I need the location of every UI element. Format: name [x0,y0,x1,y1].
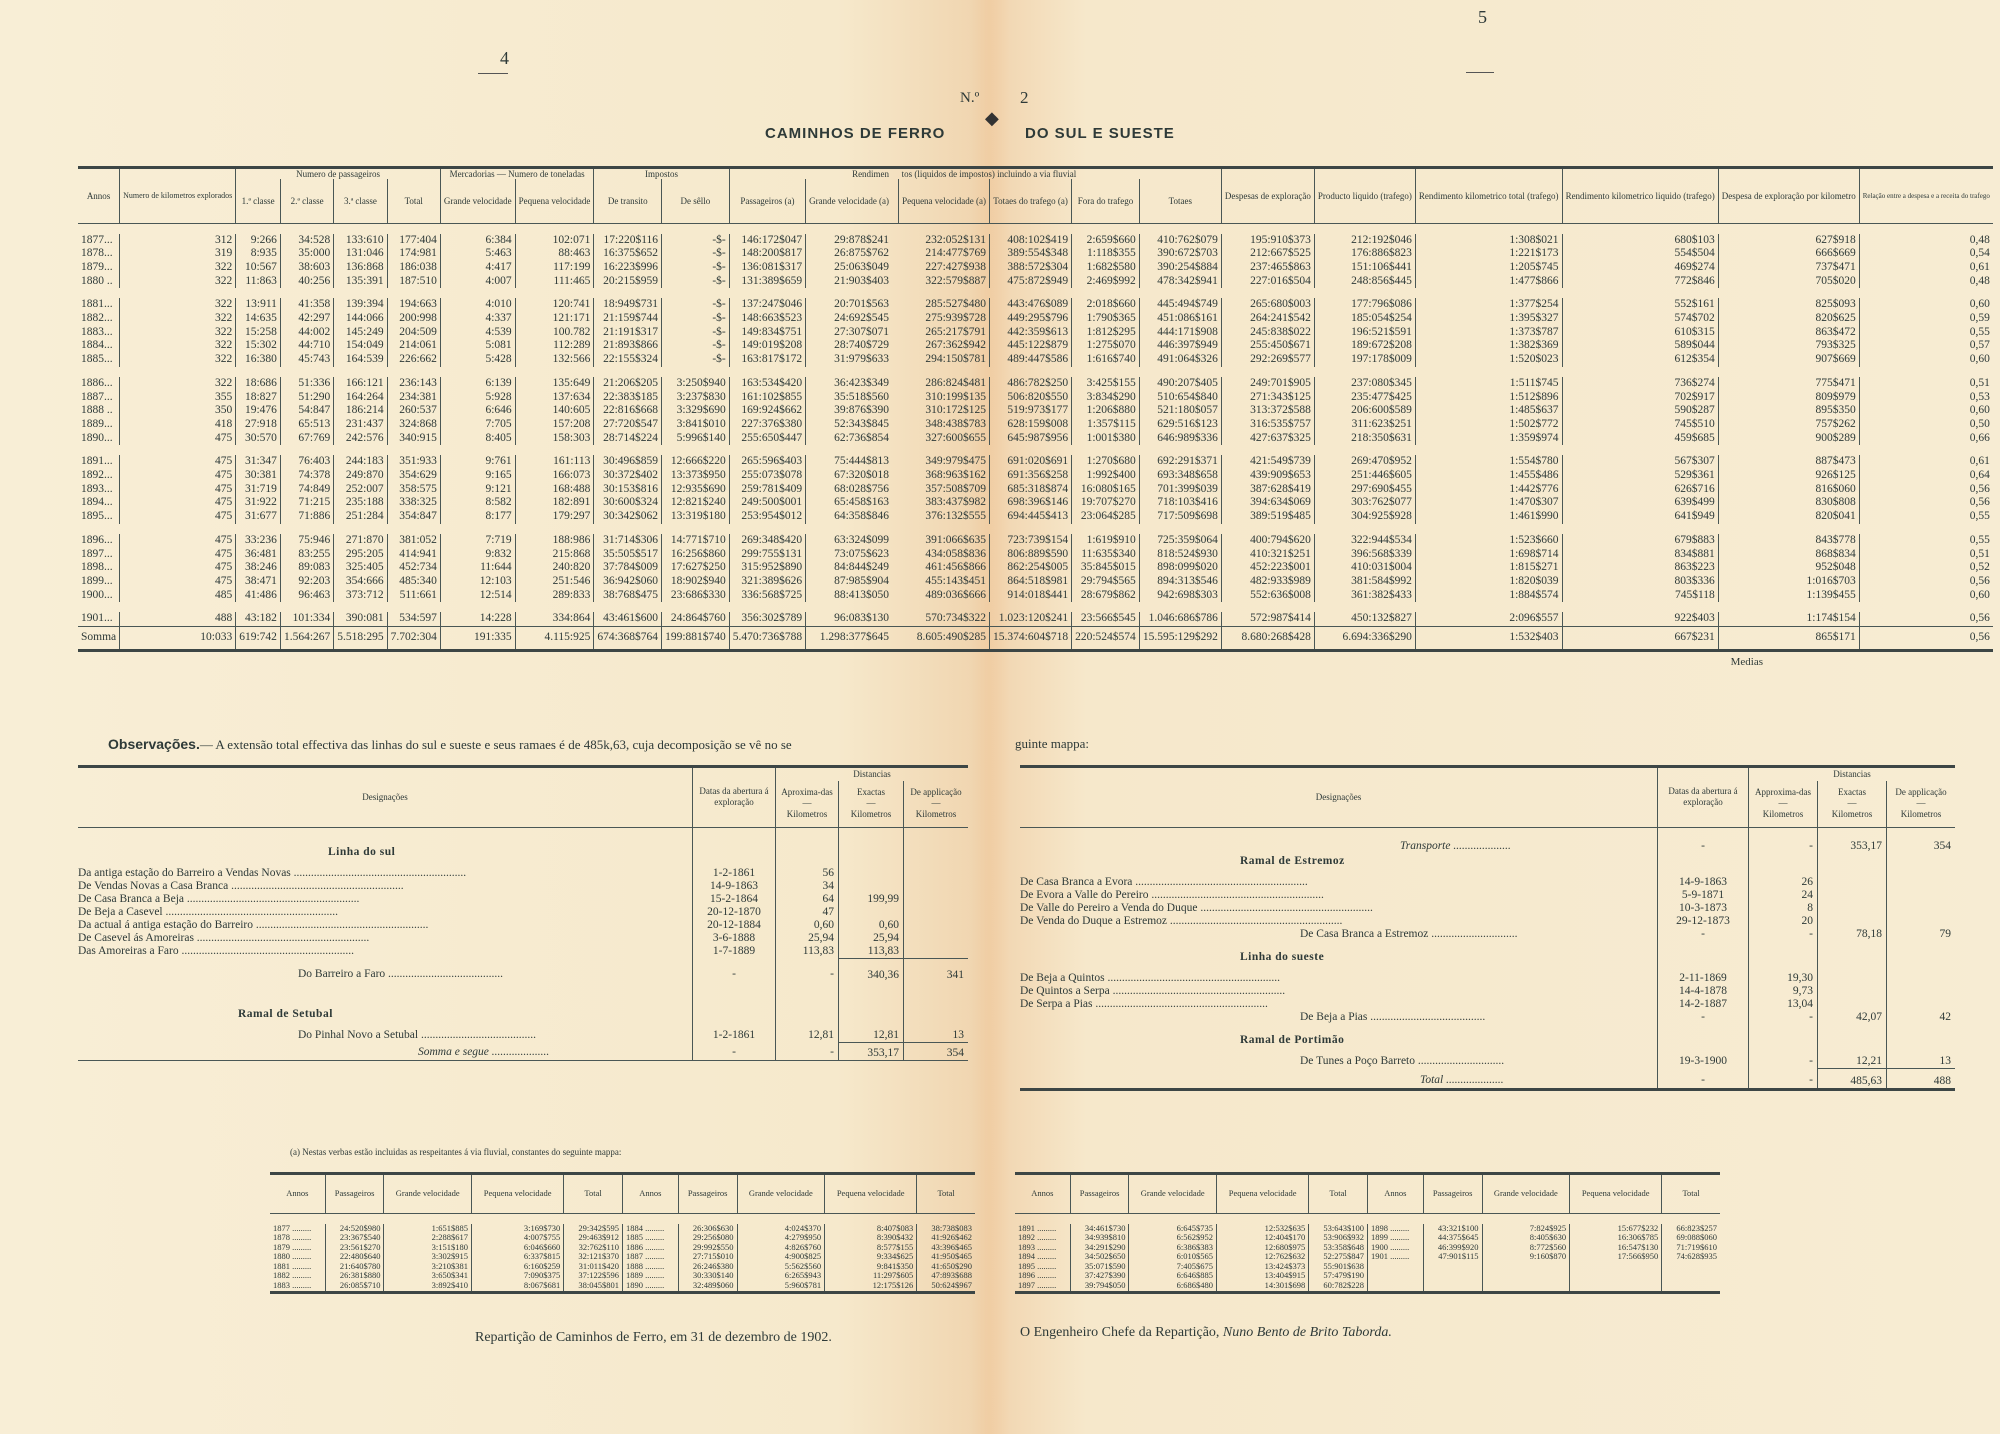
exact-cell: 0,60 [839,919,904,932]
date-cell: 14-9-1863 [693,880,776,893]
table-cell: 1886... [78,377,120,391]
fluvial-header: Grande velocidade [1129,1174,1217,1214]
table-cell: 1:790$365 [1072,312,1140,326]
table-cell: 237:080$345 [1314,377,1415,391]
list-item: De Vendas Novas a Casa Branca ..........… [78,880,968,893]
table-cell: 87:985$904 [806,575,892,589]
table-cell: 30:372$402 [594,469,662,483]
table-cell [1482,1281,1570,1292]
table-cell: 434:058$836 [899,548,990,562]
table-cell: 8:067$681 [472,1281,564,1292]
table-cell: 322 [120,298,236,312]
table-cell: 868$834 [1718,548,1859,562]
table-cell: 641$949 [1562,510,1718,524]
table-cell: 4.115:925 [515,627,594,651]
appl-cell [904,945,969,959]
table-cell: 9:266 [236,234,281,248]
table-cell: 475 [120,455,236,469]
table-cell: 410:321$251 [1221,548,1314,562]
table-cell: 1:523$660 [1415,534,1562,548]
table-cell: 252:007 [334,483,387,497]
table-cell: 1:485$637 [1415,404,1562,418]
table-cell: 135:649 [515,377,594,391]
table-cell: 461:456$866 [899,561,990,575]
table-cell: 1:815$271 [1415,561,1562,575]
exact-cell: 25,94 [839,932,904,945]
table-cell: 220:524$574 [1072,627,1140,651]
table-row: 1898...47538:24689:083325:405452:73411:6… [78,561,1993,575]
table-cell: 101:334 [280,612,333,626]
list-item: De Serpa a Pias ........................… [1020,998,1955,1011]
table-cell: 1:221$173 [1415,247,1562,261]
designacao: De Vendas Novas a Casa Branca ..........… [78,880,693,893]
aprox-cell: 20 [1749,915,1818,928]
table-cell: 0,60 [1859,298,1993,312]
table-cell: 27:307$071 [806,326,892,340]
table-cell: 574$702 [1562,312,1718,326]
table-cell: 259:781$409 [729,483,805,497]
table-cell [1423,1271,1482,1281]
table-cell: 469$274 [1562,261,1718,275]
table-cell: 73:075$623 [806,548,892,562]
table-cell: 18:902$940 [662,575,730,589]
table-cell: 1:477$866 [1415,275,1562,289]
table-cell: 269:470$952 [1314,455,1415,469]
table-cell [1662,1262,1720,1272]
table-cell: 1879... [78,261,120,275]
table-cell: 693:348$658 [1139,469,1221,483]
table-cell: 227:016$504 [1221,275,1314,289]
aprox-cell: - [1749,827,1818,853]
table-cell: 1:616$740 [1072,353,1140,367]
table-cell: 322:579$887 [899,275,990,289]
table-cell: 354:847 [387,510,440,524]
exact-cell [839,880,904,893]
table-cell: 75:444$813 [806,455,892,469]
table-cell: 381:584$992 [1314,575,1415,589]
designacao: De Quintos a Serpa .....................… [1020,985,1658,998]
table-cell: 865$171 [1718,627,1859,651]
table-cell: -$- [662,261,730,275]
table-cell: 408:102$419 [990,234,1072,248]
header-despesas: Despesas de exploração [1221,168,1314,224]
table-cell: 3:841$010 [662,418,730,432]
table-cell: 51:290 [280,391,333,405]
fluvial-table-left: AnnosPassageirosGrande velocidadePequena… [270,1172,975,1294]
table-cell: 485 [120,589,236,603]
table-cell: 691:020$691 [990,455,1072,469]
list-item: Da actual á antiga estação do Barreiro .… [78,919,968,932]
table-cell: 84:844$249 [806,561,892,575]
table-cell: 0,53 [1859,391,1993,405]
table-cell: 235:477$425 [1314,391,1415,405]
table-cell: 361:382$433 [1314,589,1415,603]
table-cell: 215:868 [515,548,594,562]
table-row: 1885...32216:38045:743164:539226:6625:42… [78,353,1993,367]
table-cell: 38:768$475 [594,589,662,603]
table-cell: 31:979$633 [806,353,892,367]
table-cell: 24:692$545 [806,312,892,326]
table-cell: 65:513 [280,418,333,432]
appl-cell [904,893,969,906]
table-cell: 0,56 [1859,496,1993,510]
table-cell: 15:258 [236,326,281,340]
table-cell: 60:782$228 [1309,1281,1368,1292]
table-cell: 572:987$414 [1221,612,1314,626]
table-cell: 196:521$591 [1314,326,1415,340]
table-cell: 2:096$557 [1415,612,1562,626]
table-cell: 387:628$419 [1221,483,1314,497]
table-cell [1570,1281,1662,1292]
header-km: Numero de kilometros explorados [120,168,236,224]
table-cell: 348:438$783 [899,418,990,432]
designacao: De Casa Branca a Beja ..................… [78,893,693,906]
designacao: Da antiga estação do Barreiro a Vendas N… [78,867,693,880]
table-cell: 33:236 [236,534,281,548]
table-cell: 168:488 [515,483,594,497]
table-row: 1894...47531:92271:215235:188338:3258:58… [78,496,1993,510]
table-row: 1883...32215:25844:002145:249204:5094:53… [78,326,1993,340]
table-cell: 0,48 [1859,234,1993,248]
appl-cell: 13 [904,1029,969,1043]
aprox-cell: 8 [1749,902,1818,915]
aprox-cell: 19,30 [1749,972,1818,985]
list-item: De Casa Branca a Evora .................… [1020,876,1955,889]
table-cell: 8.605:490$285 [899,627,990,651]
page-number-underline [478,73,508,74]
designacao: De Serpa a Pias ........................… [1020,998,1658,1011]
table-cell: 242:576 [334,432,387,446]
aprox-cell: 24 [1749,889,1818,902]
table-row: 1882...32214:63542:297144:066200:9984:33… [78,312,1993,326]
table-cell: 148:663$523 [729,312,805,326]
table-cell: 381:052 [387,534,440,548]
table-cell: 552$161 [1562,298,1718,312]
table-cell: 249:870 [334,469,387,483]
table-cell: 214:477$769 [899,247,990,261]
table-cell: 2:659$660 [1072,234,1140,248]
table-cell: 30:153$816 [594,483,662,497]
table-cell: 368:963$162 [899,469,990,483]
date-cell: 29-12-1873 [1658,915,1749,928]
fluvial-header: Passageiros [1423,1174,1482,1214]
section-heading: Linha do sueste [1020,941,1658,972]
table-cell: 1:532$403 [1415,627,1562,651]
table-cell: 1:001$380 [1072,432,1140,446]
table-cell: 4:337 [440,312,515,326]
page-number-left: 4 [500,48,509,69]
table-cell: 410:031$004 [1314,561,1415,575]
table-cell: 1884... [78,339,120,353]
table-cell: 194:663 [387,298,440,312]
table-cell: -$- [662,312,730,326]
table-row: 1890...47530:57067:769242:576340:9158:40… [78,432,1993,446]
table-row: 1893...47531:71974:849252:007358:5759:12… [78,483,1993,497]
table-cell: 45:743 [280,353,333,367]
date-cell: 14-9-1863 [1658,876,1749,889]
header-datas: Datas da abertura á exploração [1658,767,1749,828]
table-cell: 204:509 [387,326,440,340]
header-impostos-group: Impostos [594,168,729,180]
table-cell: 322:944$534 [1314,534,1415,548]
distancias-table-right: Designações Datas da abertura á exploraç… [1020,765,1955,1091]
table-cell: 376:132$555 [899,510,990,524]
table-cell: 28:679$862 [1072,589,1140,603]
table-cell: 44:002 [280,326,333,340]
table-cell: 843$778 [1718,534,1859,548]
date-cell: 2-11-1869 [1658,972,1749,985]
table-cell: 146:172$047 [729,234,805,248]
table-cell: 680$103 [1562,234,1718,248]
table-cell: 475 [120,575,236,589]
table-cell: 1889... [78,418,120,432]
ornament-icon: ◆ [985,108,999,129]
table-cell: 3:237$830 [662,391,730,405]
table-cell: 24:864$760 [662,612,730,626]
table-cell: 816$060 [1718,483,1859,497]
table-cell: 255:073$078 [729,469,805,483]
table-cell: 1:357$115 [1072,418,1140,432]
table-cell: 158:303 [515,432,594,446]
table-cell: 0,61 [1859,261,1993,275]
table-row: 1888 ..35019:47654:847186:214260:5376:64… [78,404,1993,418]
table-cell: 449:295$796 [990,312,1072,326]
table-cell: 1878... [78,247,120,261]
header-aproximadas: Approxima-das—Kilometros [1749,781,1818,827]
table-cell: 612$354 [1562,353,1718,367]
observacoes-continued: guinte mappa: [1015,736,1089,752]
table-cell: 13:373$950 [662,469,730,483]
table-cell: 3:250$940 [662,377,730,391]
table-cell: 809$979 [1718,391,1859,405]
table-row: 1884...32215:30244:710154:049214:0615:08… [78,339,1993,353]
table-cell: 237:465$863 [1221,261,1314,275]
table-cell: 1:884$574 [1415,589,1562,603]
table-cell: 645:987$956 [990,432,1072,446]
table-cell: 265:596$403 [729,455,805,469]
table-cell: 1:470$307 [1415,496,1562,510]
table-cell: 4:539 [440,326,515,340]
table-cell: 14:228 [440,612,515,626]
table-cell: 27:720$547 [594,418,662,432]
table-cell: 14:301$698 [1217,1281,1309,1292]
table-cell: 489:036$666 [899,589,990,603]
table-cell: 38:246 [236,561,281,575]
header-despesa-km: Despesa de exploração por kilometro [1718,168,1859,224]
table-cell: 21:206$205 [594,377,662,391]
table-cell: 41:486 [236,589,281,603]
table-cell: 23:686$330 [662,589,730,603]
table-row: 1901...48843:182101:334390:081534:59714:… [78,612,1993,626]
fluvial-header: Total [1662,1174,1720,1214]
table-cell: 169:924$662 [729,404,805,418]
table-cell: 745$510 [1562,418,1718,432]
table-cell: 390:254$884 [1139,261,1221,275]
table-cell: 1888 .. [78,404,120,418]
table-row: 1877...3129:26634:528133:610177:4046:384… [78,234,1993,248]
table-cell: 321:389$626 [729,575,805,589]
table-row: 1886...32218:68651:336166:121236:1436:13… [78,377,1993,391]
table-cell: 1:461$990 [1415,510,1562,524]
table-cell: 5:928 [440,391,515,405]
table-cell: 1891... [78,455,120,469]
table-cell: 702$917 [1562,391,1718,405]
table-cell: 8:405 [440,432,515,446]
table-cell: 22:383$185 [594,391,662,405]
appl-cell [1887,915,1956,928]
table-cell [1423,1262,1482,1272]
table-cell: 0,59 [1859,312,1993,326]
table-cell: 176:886$823 [1314,247,1415,261]
table-cell: 825$093 [1718,298,1859,312]
table-cell: 9:121 [440,483,515,497]
designacao: De Tunes a Poço Barreto ................… [1020,1055,1658,1069]
table-cell: 21:893$866 [594,339,662,353]
table-cell: 191:335 [440,627,515,651]
table-cell: 0,60 [1859,589,1993,603]
table-cell: 319 [120,247,236,261]
table-cell: 1.046:686$786 [1139,612,1221,626]
exact-cell [1818,902,1887,915]
table-cell: 1:992$400 [1072,469,1140,483]
table-cell: -$- [662,275,730,289]
table-cell: 338:325 [387,496,440,510]
table-cell: 907$669 [1718,353,1859,367]
table-cell: 554$504 [1562,247,1718,261]
main-statistics-table: Annos Numero de kilometros explorados Nu… [78,166,1973,652]
table-cell: 71:886 [280,510,333,524]
table-cell: 164:539 [334,353,387,367]
table-cell: 1897... [78,548,120,562]
table-cell: 39:794$050 [1070,1281,1129,1292]
header-rend-passageiros: Passageiros (a) [729,179,805,223]
table-cell: 5.470:736$788 [729,627,805,651]
table-cell: 388:572$304 [990,261,1072,275]
table-cell: 112:289 [515,339,594,353]
date-cell: 15-2-1864 [693,893,776,906]
table-cell: 74:378 [280,469,333,483]
designacao: De Evora a Valle do Pereiro ............… [1020,889,1658,902]
table-cell: 0,50 [1859,418,1993,432]
date-cell: 5-9-1871 [1658,889,1749,902]
medias-label: Medias [1731,656,1763,668]
table-cell: 1:511$745 [1415,377,1562,391]
table-cell: 19:707$270 [1072,496,1140,510]
date-cell: 1-2-1861 [693,867,776,880]
table-cell: 1:373$787 [1415,326,1562,340]
date-cell: 10-3-1873 [1658,902,1749,915]
list-item: De Casa Branca a Estremoz ..............… [1020,928,1955,941]
table-cell: 898:099$020 [1139,561,1221,575]
table-cell: 136:868 [334,261,387,275]
table-cell: 249:701$905 [1221,377,1314,391]
table-cell: 357:508$709 [899,483,990,497]
table-cell: 74:849 [280,483,333,497]
table-cell: 41:358 [280,298,333,312]
table-cell: 389:519$485 [1221,510,1314,524]
table-cell: 28:740$729 [806,339,892,353]
table-cell: 421:549$739 [1221,455,1314,469]
table-cell: 0,54 [1859,247,1993,261]
table-cell: 16:223$996 [594,261,662,275]
table-cell: 92:203 [280,575,333,589]
table-cell: 834$881 [1562,548,1718,562]
table-cell: 355 [120,391,236,405]
table-cell: 491:064$326 [1139,353,1221,367]
table-cell: 1882... [78,312,120,326]
table-cell: 271:870 [334,534,387,548]
aprox-cell: - [1749,1055,1818,1069]
table-cell: 9:832 [440,548,515,562]
table-cell: 315:952$890 [729,561,805,575]
designacao: Somma e segue .................... [78,1042,693,1060]
table-cell: 627$918 [1718,234,1859,248]
table-cell: 1896... [78,534,120,548]
table-cell: 67:769 [280,432,333,446]
table-cell: 567$307 [1562,455,1718,469]
table-cell: 265:680$003 [1221,298,1314,312]
table-cell: 475:872$949 [990,275,1072,289]
table-cell: 7:719 [440,534,515,548]
table-cell: 17:220$116 [594,234,662,248]
table-cell: 322 [120,312,236,326]
date-cell: - [693,958,776,982]
list-item: Do Pinhal Novo a Setubal ...............… [78,1029,968,1043]
table-cell: 6:646 [440,404,515,418]
table-cell: 521:180$057 [1139,404,1221,418]
table-row: 1887...35518:82751:290164:264234:3815:92… [78,391,1993,405]
table-cell: 1881... [78,298,120,312]
header-rend-km-liquido: Rendimento kilometrico liquido (trafego) [1562,168,1718,224]
table-cell: 235:188 [334,496,387,510]
table-cell: 195:910$373 [1221,234,1314,248]
header-designacoes: Designações [1020,767,1658,828]
table-cell: 31:922 [236,496,281,510]
exact-cell: 353,17 [1818,827,1887,853]
table-cell: 723:739$154 [990,534,1072,548]
title-right: DO SUL E SUESTE [1025,125,1175,142]
table-cell: 117:199 [515,261,594,275]
table-cell: 1:812$295 [1072,326,1140,340]
table-cell: 227:427$938 [899,261,990,275]
table-cell: 698:396$146 [990,496,1072,510]
table-row: 1897...47536:48183:255295:205414:9419:83… [78,548,1993,562]
table-cell: 313:372$588 [1221,404,1314,418]
aprox-cell: 12,81 [776,1029,839,1043]
appl-cell [1887,985,1956,998]
table-cell: 863$472 [1718,326,1859,340]
exact-cell: 199,99 [839,893,904,906]
list-item: De Beja a Casevel ......................… [78,906,968,919]
table-cell: 74:628$935 [1662,1252,1720,1262]
table-cell: 294:150$781 [899,353,990,367]
header-rend-grande: Grande velocidade (a) [806,179,892,223]
table-cell: 475 [120,469,236,483]
date-cell: 20-12-1870 [693,906,776,919]
table-cell: 806:889$590 [990,548,1072,562]
table-cell: 316:535$757 [1221,418,1314,432]
table-cell: 0,57 [1859,339,1993,353]
table-cell: 0,60 [1859,353,1993,367]
table-cell: 0,52 [1859,561,1993,575]
table-cell: 373:712 [334,589,387,603]
table-cell: 1883... [78,326,120,340]
table-cell: 245:838$022 [1221,326,1314,340]
list-item: Da antiga estação do Barreiro a Vendas N… [78,867,968,880]
table-row: 1881...32213:91141:358139:394194:6634:01… [78,298,1993,312]
table-cell: 88:413$050 [806,589,892,603]
table-cell: 269:348$420 [729,534,805,548]
